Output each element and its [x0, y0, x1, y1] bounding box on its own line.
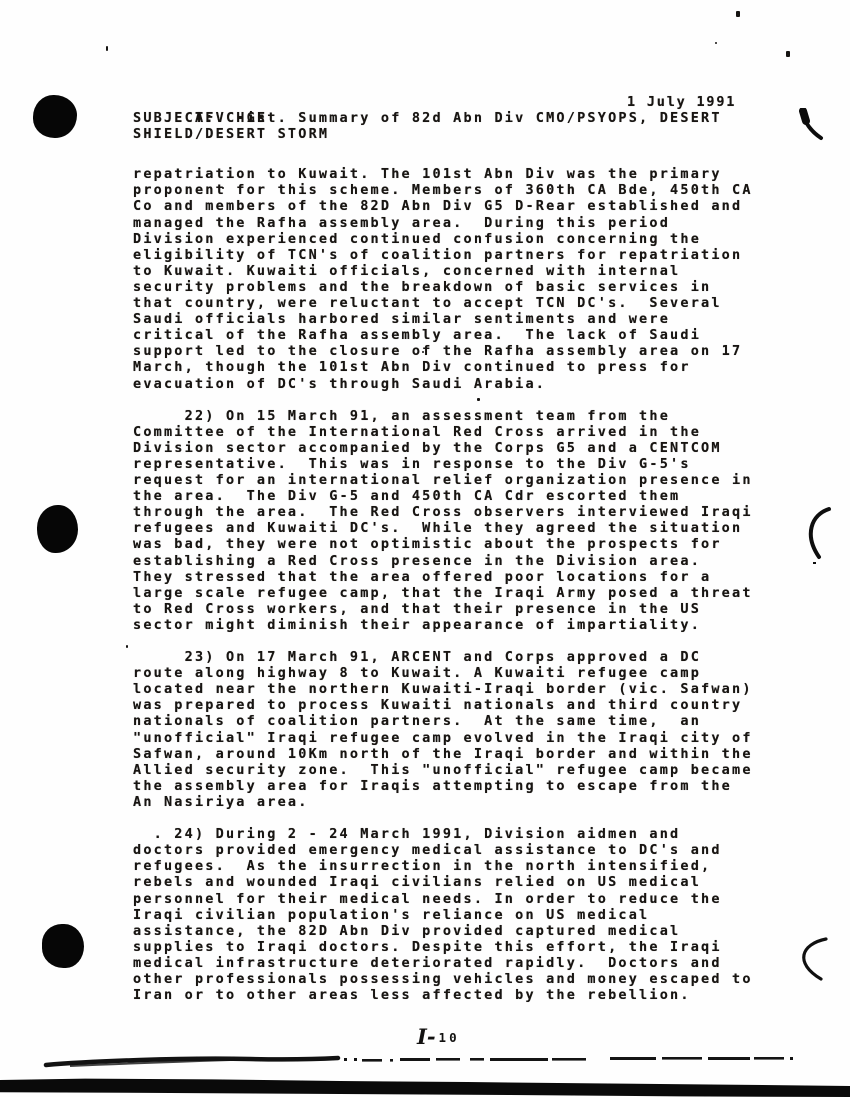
page-number-prefix: I-: [417, 1024, 436, 1049]
page-number: I-10: [417, 1024, 460, 1049]
paragraph-continuation: repatriation to Kuwait. The 101st Abn Di…: [133, 166, 781, 391]
scanned-page: AFVC-GE 1 July 1991 SUBJECT: Hist. Summa…: [0, 0, 850, 1097]
office-symbol: AFVC-GE: [195, 110, 267, 126]
scan-speck: [786, 51, 790, 57]
scan-speck: [422, 351, 424, 353]
scan-artifact-bar: [0, 1077, 850, 1097]
pen-mark-paren-bottom-icon: [792, 936, 838, 984]
scan-speck: [477, 398, 480, 401]
scan-speck: [126, 645, 128, 648]
scan-speck: [222, 187, 224, 189]
scan-artifact-line: [0, 1052, 850, 1074]
pen-mark-comma-icon: [796, 108, 828, 144]
document-body: AFVC-GE 1 July 1991 SUBJECT: Hist. Summa…: [133, 94, 781, 1003]
scan-speck: [106, 46, 108, 51]
paragraph-24: . 24) During 2 - 24 March 1991, Division…: [133, 826, 781, 1003]
document-date: 1 July 1991: [627, 94, 736, 110]
document-header: AFVC-GE 1 July 1991: [133, 94, 781, 110]
page-number-value: 10: [439, 1030, 460, 1045]
hole-punch-bottom: [42, 924, 84, 968]
scan-speck: [736, 11, 740, 17]
hole-punch-top: [33, 95, 77, 138]
scan-speck: [715, 42, 717, 44]
paragraph-23: 23) On 17 March 91, ARCENT and Corps app…: [133, 649, 781, 810]
paragraph-22: 22) On 15 March 91, an assessment team f…: [133, 408, 781, 633]
hole-punch-middle: [37, 505, 78, 553]
pen-mark-paren-middle-icon: [800, 505, 842, 567]
